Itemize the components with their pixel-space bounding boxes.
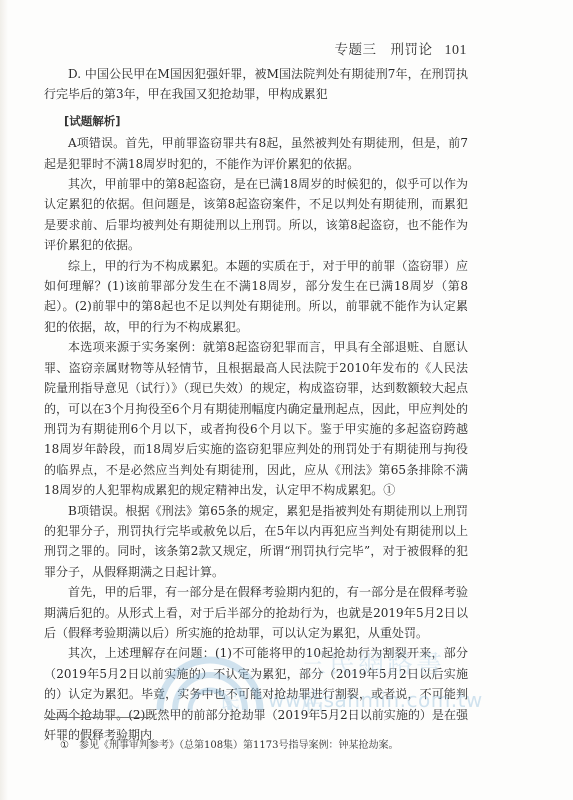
footnote: ①参见《刑事审判参考》（总第108集）第1173号指导案例：钟某抢劫案。 [60, 736, 399, 751]
footnote-text: 参见《刑事审判参考》（总第108集）第1173号指导案例：钟某抢劫案。 [79, 740, 399, 751]
page-body: D. 中国公民甲在M国因犯强奸罪，被M国法院判处有期徒刑7年，在刑罚执行完毕后的… [44, 64, 468, 745]
paragraph-a-4: 本选项来源于实务案例：就第8起盗窃犯罪而言，甲具有全部退赃、自愿认罪、盗窃亲属财… [44, 337, 468, 500]
question-option-d: D. 中国公民甲在M国因犯强奸罪，被M国法院判处有期徒刑7年，在刑罚执行完毕后的… [44, 64, 468, 105]
paragraph-b-1: B项错误。根据《刑法》第65条的规定，累犯是指被判处有期徒刑以上刑罚的犯罪分子，… [44, 501, 468, 583]
running-head: 专题三刑罚论101 [335, 38, 468, 59]
footnote-mark: ① [60, 740, 69, 751]
paragraph-a-1: A项错误。首先，甲前罪盗窃罪共有8起，虽然被判处有期徒刑，但是，前7起是犯罪时不… [44, 133, 468, 174]
paragraph-b-2: 首先，甲的后罪，有一部分是在假释考验期内犯的，有一部分是在假释考验期满后犯的。从… [44, 582, 468, 643]
footnote-divider [44, 717, 150, 718]
page-number: 101 [445, 43, 468, 58]
analysis-heading: [试题解析] [44, 111, 468, 131]
chapter-label: 专题三 [335, 42, 377, 58]
paragraph-a-3: 综上，甲的行为不构成累犯。本题的实质在于，对于甲的前罪（盗窃罪）应如何理解？(1… [44, 256, 468, 338]
paragraph-a-2: 其次，甲前罪中的第8起盗窃，是在已满18周岁的时候犯的，似乎可以作为认定累犯的依… [44, 174, 468, 256]
section-label: 刑罚论 [391, 42, 433, 58]
page-edge-shadow [0, 0, 8, 800]
paragraph-b-3: 其次，上述理解存在问题：(1)不可能将甲的10起抢劫行为割裂开来，部分（2019… [44, 643, 468, 745]
